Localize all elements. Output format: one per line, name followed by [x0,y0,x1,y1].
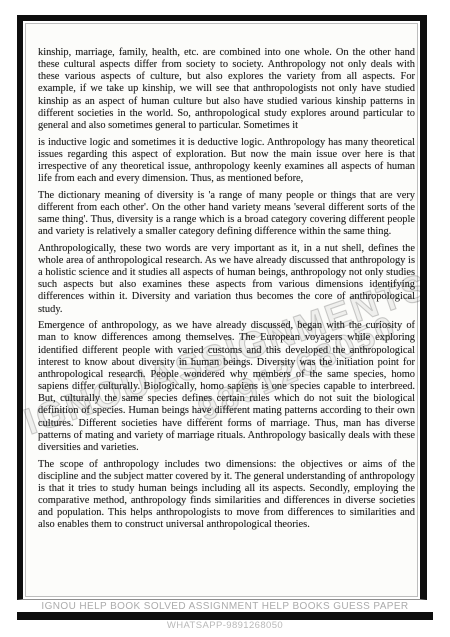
page-frame-border: IGNOUASSIGNMENTS.IN 9891268050 kinship, … [17,15,427,600]
paragraph-kinship-culture: kinship, marriage, family, health, etc. … [38,47,415,132]
paragraph-dictionary-diversity: The dictionary meaning of diversity is '… [38,190,415,239]
paragraph-anthropologically: Anthropologically, these two words are v… [38,243,415,316]
footer-promo-text: IGNOU HELP BOOK SOLVED ASSIGNMENT HELP B… [17,601,433,612]
paragraph-inductive-deductive: is inductive logic and sometimes it is d… [38,137,415,186]
document-body-text: kinship, marriage, family, health, etc. … [23,21,420,531]
paragraph-scope-anthropology: The scope of anthropology includes two d… [38,459,415,532]
scanned-document-page: IGNOUASSIGNMENTS.IN 9891268050 kinship, … [0,0,450,637]
footer-whatsapp-text: WHATSAPP-9891268050 [17,620,433,631]
paragraph-emergence-anthropology: Emergence of anthropology, as we have al… [38,320,415,454]
bottom-black-bar [17,612,433,620]
